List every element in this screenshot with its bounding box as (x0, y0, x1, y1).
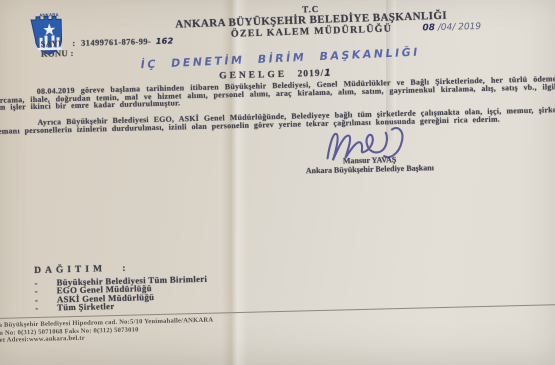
document-date: 08 /04/ 2019 (422, 22, 481, 33)
scanned-letter-page: ANKARA T.C ANKARA BÜYÜKŞEHİR BELEDİYE BA… (0, 0, 555, 355)
distribution-colon: : (122, 264, 125, 274)
circular-number-handwritten: 1 (324, 68, 331, 79)
distribution-list: DAĞITIM : -Büyükşehir Belediyesi Tüm Bir… (34, 262, 208, 312)
letter-content: ANKARA T.C ANKARA BÜYÜKŞEHİR BELEDİYE BA… (0, 0, 555, 355)
signature-block: Mansur YAVAŞ Ankara Büyükşehir Belediye … (265, 154, 475, 176)
list-dash: - (35, 303, 57, 312)
letterhead: T.C ANKARA BÜYÜKŞEHİR BELEDİYE BAŞKANLIĞ… (141, 0, 482, 43)
circular-title-word: GENELGE (219, 70, 287, 82)
sayi-colon: : (72, 38, 75, 48)
body-paragraph-2: Ayrıca Büyükşehir Belediyesi EGO, ASKİ G… (0, 106, 555, 135)
circular-number: 2019/ (297, 69, 324, 80)
date-rest-handwritten: /04/ 2019 (438, 22, 482, 33)
sayi-label: SAYI (41, 38, 62, 49)
document-meta: SAYI : 31499761-876-99- 162 KONU : (41, 36, 174, 58)
sayi-number: 31499761-876-99- (81, 36, 151, 48)
date-day-handwritten: 08 (422, 23, 435, 33)
footer-contact-block: ra Büyükşehir Belediyesi Hipodrom cad. N… (0, 317, 214, 345)
sayi-handwritten-number: 162 (156, 36, 174, 45)
